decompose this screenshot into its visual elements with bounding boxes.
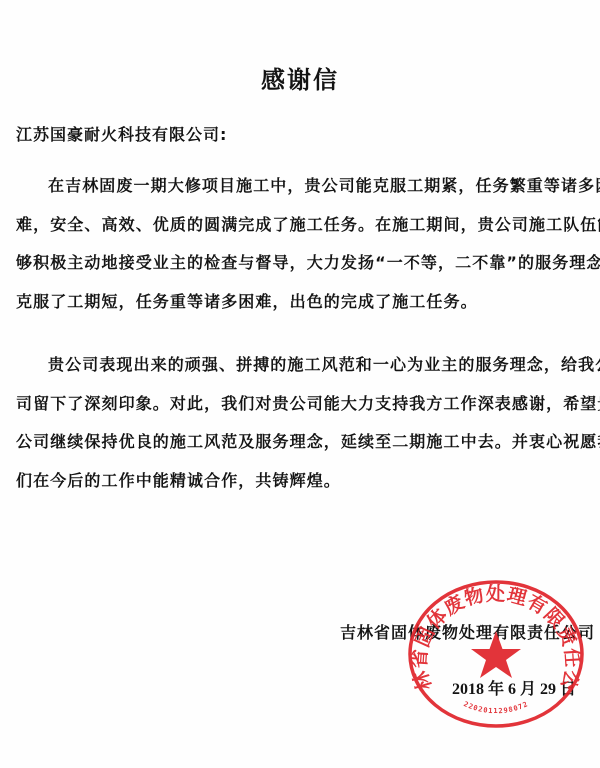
paragraph-line: 克服了工期短，任务重等诸多困难，出色的完成了施工任务。 (16, 283, 584, 322)
salutation: 江苏国豪耐火科技有限公司: (16, 122, 227, 145)
paragraph-1: 在吉林固废一期大修项目施工中，贵公司能克服工期紧，任务繁重等诸多困 难，安全、高… (16, 167, 584, 321)
paragraph-line: 在吉林固废一期大修项目施工中，贵公司能克服工期紧，任务繁重等诸多困 (16, 167, 584, 206)
company-seal: 吉林省固体废物处理有限责任公司 2202011298072 (406, 579, 586, 729)
paragraph-line: 贵公司表现出来的顽强、拼搏的施工风范和一心为业主的服务理念，给我公 (16, 346, 584, 385)
paragraph-line: 难，安全、高效、优质的圆满完成了施工任务。在施工期间，贵公司施工队伍能 (16, 206, 584, 245)
paragraph-line: 够积极主动地接受业主的检查与督导，大力发扬“一不等，二不靠”的服务理念， (16, 244, 584, 283)
star-icon (471, 631, 521, 678)
letter-title: 感谢信 (0, 60, 600, 95)
paragraph-line: 公司继续保持优良的施工风范及服务理念，延续至二期施工中去。并衷心祝愿我 (16, 423, 584, 462)
svg-text:2202011298072: 2202011298072 (462, 700, 529, 715)
seal-serial: 2202011298072 (462, 700, 529, 715)
paragraph-2: 贵公司表现出来的顽强、拼搏的施工风范和一心为业主的服务理念，给我公 司留下了深刻… (16, 346, 584, 500)
paragraph-line: 们在今后的工作中能精诚合作，共铸辉煌。 (16, 462, 584, 501)
letter-page: 感谢信 江苏国豪耐火科技有限公司: 在吉林固废一期大修项目施工中，贵公司能克服工… (0, 0, 600, 768)
paragraph-line: 司留下了深刻印象。对此，我们对贵公司能大力支持我方工作深表感谢，希望贵 (16, 385, 584, 424)
